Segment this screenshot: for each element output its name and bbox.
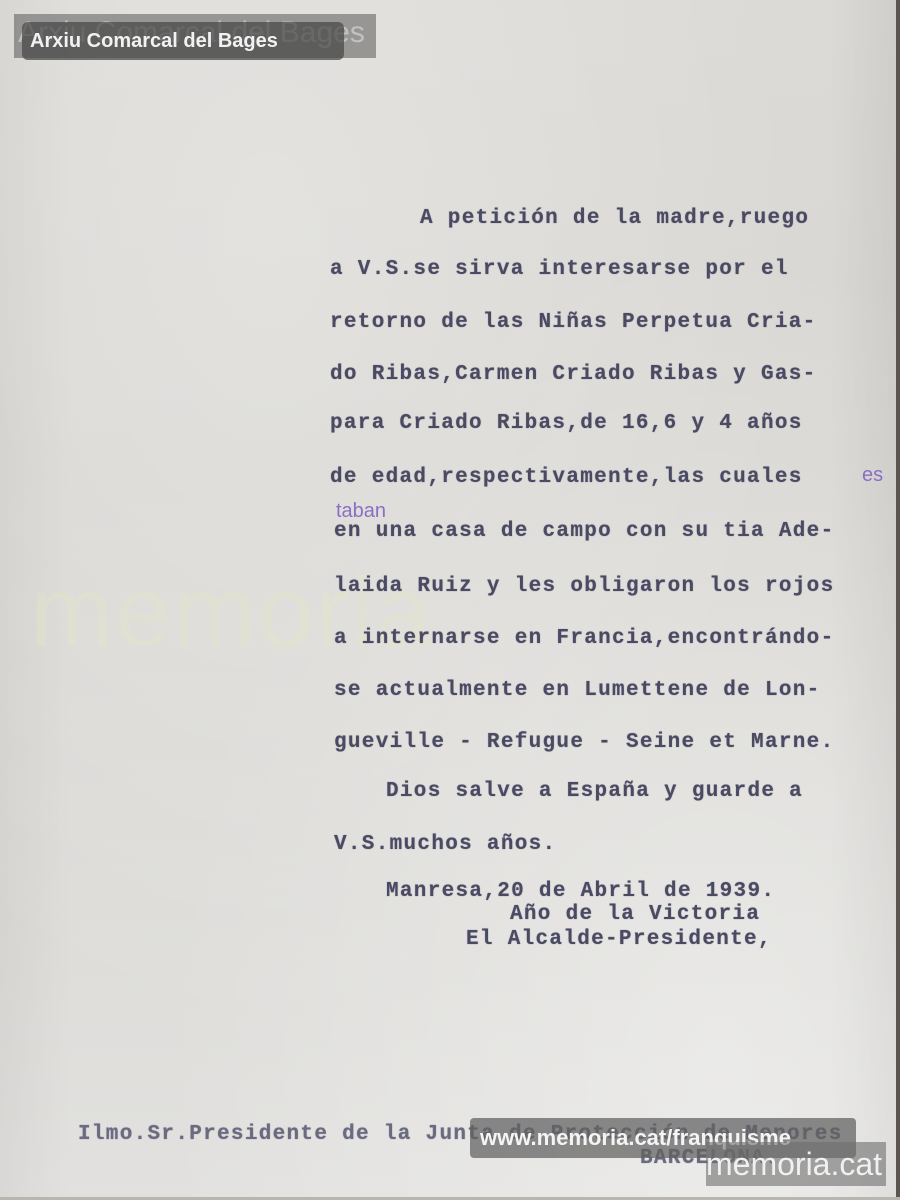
letter-line-7: en una casa de campo con su tia Ade- [334,520,834,543]
signature-title: El Alcalde-Presidente, [466,928,772,951]
closing-line-1: Dios salve a España y guarde a [386,780,803,803]
letter-line-5: para Criado Ribas,de 16,6 y 4 años [330,412,803,435]
page-edge-shadow [896,0,900,1200]
letter-line-3: retorno de las Niñas Perpetua Cria- [330,311,817,334]
letter-line-10: se actualmente en Lumettene de Lon- [334,679,821,702]
closing-line-2: V.S.muchos años. [334,833,556,856]
date-line: Manresa,20 de Abril de 1939. [386,880,775,903]
letter-line-1: A petición de la madre,ruego [420,207,809,230]
memoria-brand-watermark: memoria.cat [706,1142,886,1186]
letter-line-4: do Ribas,Carmen Criado Ribas y Gas- [330,363,817,386]
letter-line-8: laida Ruiz y les obligaron los rojos [334,575,834,598]
letter-line-6: de edad,respectivamente,las cuales [330,466,803,489]
letter-line-9: a internarse en Francia,encontrándo- [334,627,834,650]
letter-line-11: gueville - Refugue - Seine et Marne. [334,731,834,754]
year-motto: Año de la Victoria [510,903,760,926]
letter-line-2: a V.S.se sirva interesarse por el [330,258,789,281]
center-watermark: memoria [30,555,433,670]
archive-watermark-label: Arxiu Comarcal del Bages [22,22,344,60]
handwritten-correction-es: es [862,464,883,487]
